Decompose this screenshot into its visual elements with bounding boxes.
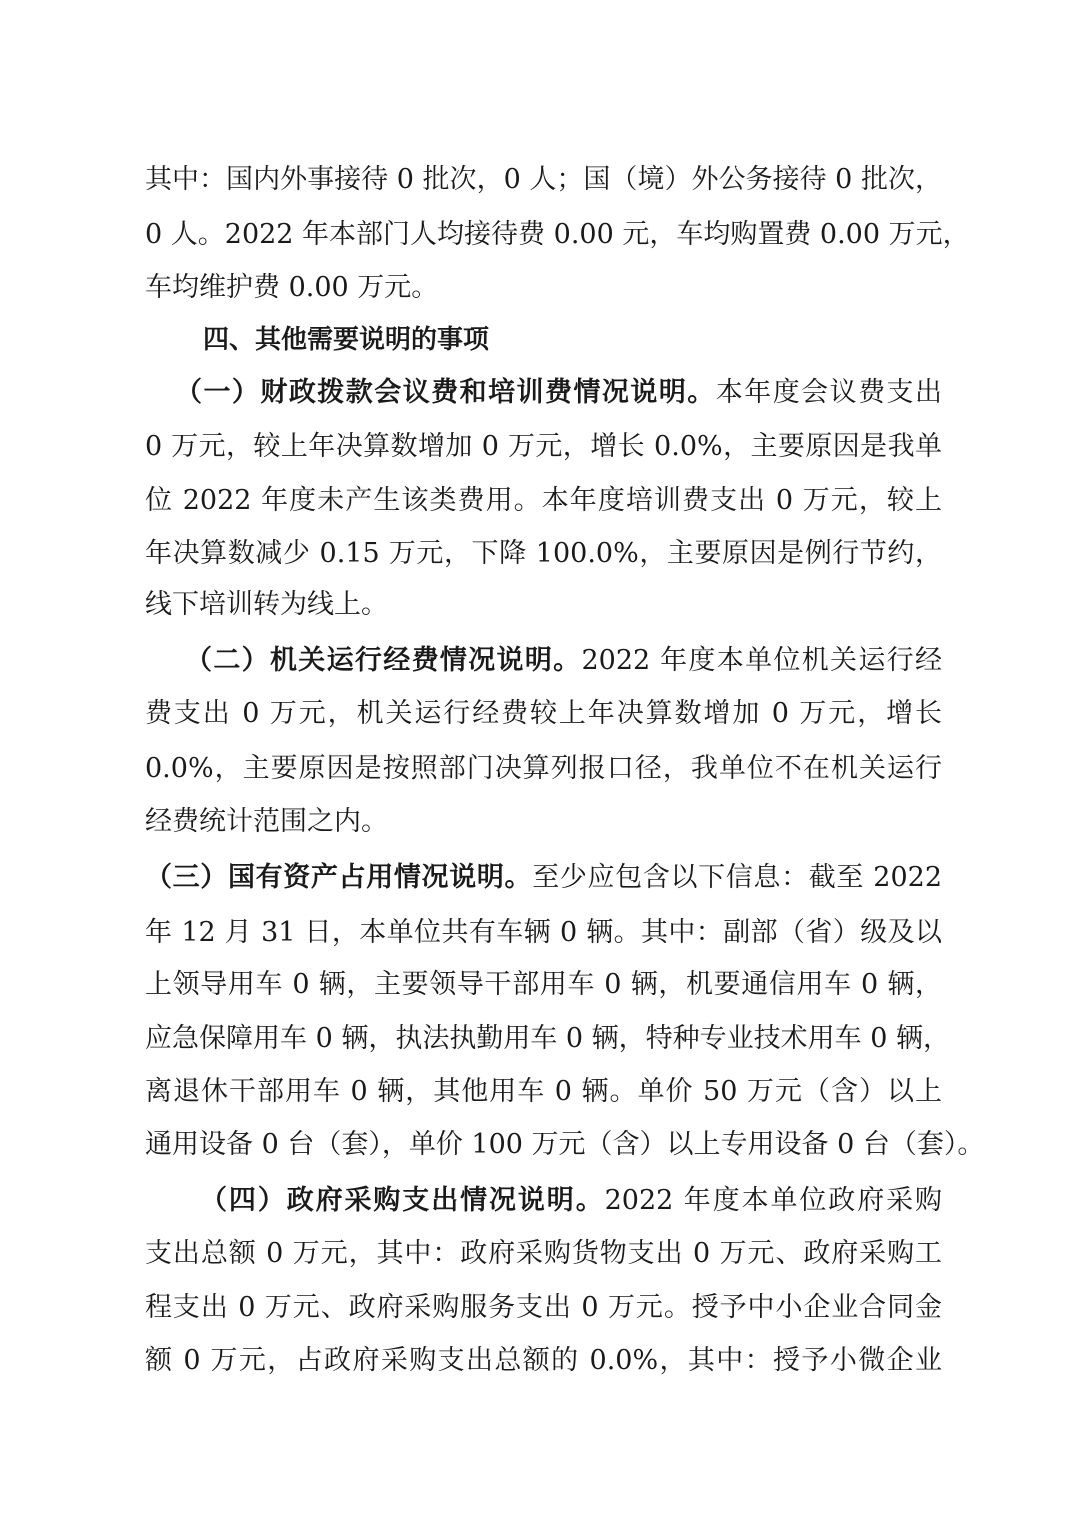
document-page: 其中：国内外事接待 0 批次，0 人；国（境）外公务接待 0 批次， 0 人。2… [0,0,1074,1520]
subsection-title: （一）财政拨款会议费和培训费情况说明。 [175,377,716,408]
subsection-title: （三）国有资产占用情况说明。 [145,862,532,893]
text-line: 额 0 万元，占政府采购支出总额的 0.0%，其中：授予小微企业 [145,1341,942,1381]
text-run: 至少应包含以下信息：截至 2022 [532,862,942,893]
text-line: 通用设备 0 台（套），单价 100 万元（含）以上专用设备 0 台（套）。 [145,1125,942,1165]
text-line: 车均维护费 0.00 万元。 [145,268,942,308]
subsection-3-line: （三）国有资产占用情况说明。至少应包含以下信息：截至 2022 [145,858,942,898]
text-line: 0 人。2022 年本部门人均接待费 0.00 元，车均购置费 0.00 万元， [145,215,942,255]
text-line: 年决算数减少 0.15 万元，下降 100.0%，主要原因是例行节约， [145,534,942,574]
text-line: 0 万元，较上年决算数增加 0 万元，增长 0.0%，主要原因是我单 [145,427,942,467]
text-line: 程支出 0 万元、政府采购服务支出 0 万元。授予中小企业合同金 [145,1288,942,1328]
subsection-title: （二）机关运行经费情况说明。 [185,645,582,676]
text-line: 经费统计范围之内。 [145,802,942,842]
text-line: 位 2022 年度未产生该类费用。本年度培训费支出 0 万元，较上 [145,481,942,521]
text-line: 支出总额 0 万元，其中：政府采购货物支出 0 万元、政府采购工 [145,1234,942,1274]
text-line: 0.0%，主要原因是按照部门决算列报口径，我单位不在机关运行 [145,749,942,789]
text-line: 年 12 月 31 日，本单位共有车辆 0 辆。其中：副部（省）级及以 [145,913,942,953]
text-line: 上领导用车 0 辆，主要领导干部用车 0 辆，机要通信用车 0 辆， [145,965,942,1005]
text-run: 2022 年度本单位机关运行经 [582,645,943,676]
text-line: 线下培训转为线上。 [145,585,942,625]
subsection-2-line: （二）机关运行经费情况说明。2022 年度本单位机关运行经 [185,641,942,681]
subsection-1-line: （一）财政拨款会议费和培训费情况说明。本年度会议费支出 [175,373,942,413]
text-run: 2022 年度本单位政府采购 [605,1185,942,1216]
text-line: 其中：国内外事接待 0 批次，0 人；国（境）外公务接待 0 批次， [145,160,942,200]
text-run: 本年度会议费支出 [716,377,942,408]
section-heading: 四、其他需要说明的事项 [203,320,603,360]
text-line: 离退休干部用车 0 辆，其他用车 0 辆。单价 50 万元（含）以上 [145,1072,942,1112]
subsection-4-line: （四）政府采购支出情况说明。2022 年度本单位政府采购 [200,1181,942,1221]
subsection-title: （四）政府采购支出情况说明。 [200,1185,605,1216]
text-line: 应急保障用车 0 辆，执法执勤用车 0 辆，特种专业技术用车 0 辆， [145,1019,942,1059]
text-line: 费支出 0 万元，机关运行经费较上年决算数增加 0 万元，增长 [145,694,942,734]
